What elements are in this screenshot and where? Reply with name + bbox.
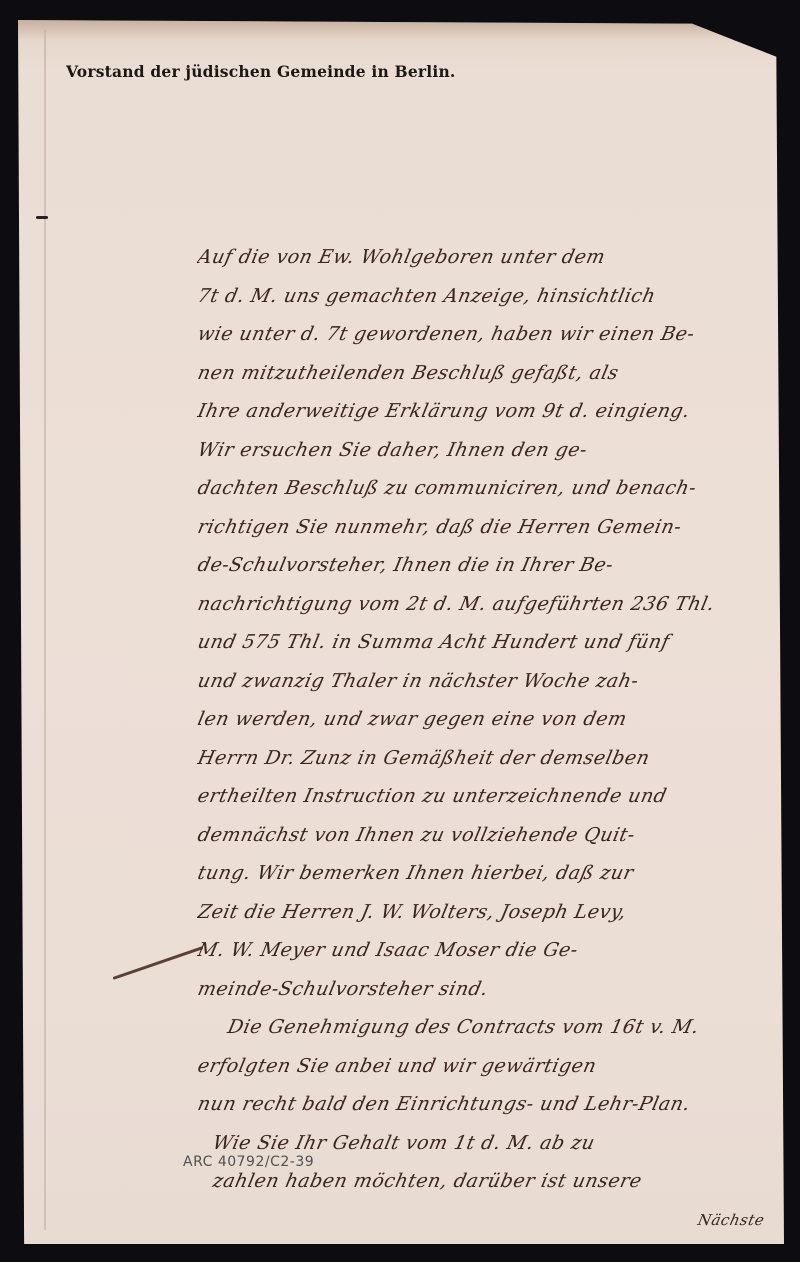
- handwritten-line: Auf die von Ew. Wohlgeboren unter dem: [194, 238, 792, 277]
- pen-stroke-left-margin: [113, 946, 204, 980]
- handwritten-line: ertheilten Instruction zu unterzeichnend…: [194, 777, 792, 816]
- ink-dash-left-margin: [36, 216, 48, 219]
- handwritten-line: und zwanzig Thaler in nächster Woche zah…: [194, 662, 792, 701]
- letterhead: Vorstand der jüdischen Gemeinde in Berli…: [66, 62, 456, 81]
- handwritten-line: Die Genehmigung des Contracts vom 16t v.…: [194, 1008, 792, 1047]
- handwritten-line: Zeit die Herren J. W. Wolters, Joseph Le…: [194, 893, 792, 932]
- handwritten-line: nun recht bald den Einrichtungs- und Leh…: [194, 1085, 792, 1124]
- handwritten-line: demnächst von Ihnen zu vollziehende Quit…: [194, 816, 792, 855]
- handwritten-line: nachrichtigung vom 2t d. M. aufgeführten…: [194, 585, 792, 624]
- handwritten-line: Wir ersuchen Sie daher, Ihnen den ge-: [194, 431, 792, 470]
- handwritten-line: nen mitzutheilenden Beschluß gefaßt, als: [194, 354, 792, 393]
- handwritten-line: 7t d. M. uns gemachten Anzeige, hinsicht…: [194, 277, 792, 316]
- handwritten-line: de-Schulvorsteher, Ihnen die in Ihrer Be…: [194, 546, 792, 585]
- handwritten-line: meinde-Schulvorsteher sind.: [194, 970, 792, 1009]
- handwritten-line: richtigen Sie nunmehr, daß die Herren Ge…: [194, 508, 792, 547]
- folio-number: 1: [733, 30, 741, 45]
- handwritten-line: len werden, und zwar gegen eine von dem: [194, 700, 792, 739]
- handwritten-letter-body: Auf die von Ew. Wohlgeboren unter dem 7t…: [198, 238, 788, 1239]
- handwritten-line: erfolgten Sie anbei und wir gewärtigen: [194, 1047, 792, 1086]
- manuscript-page: 1 Vorstand der jüdischen Gemeinde in Ber…: [18, 20, 784, 1244]
- handwritten-line: M. W. Meyer und Isaac Moser die Ge-: [194, 931, 792, 970]
- handwritten-line: dachten Beschluß zu communiciren, und be…: [194, 469, 792, 508]
- archive-reference: ARC 40792/C2-39: [183, 1154, 314, 1170]
- handwritten-line: tung. Wir bemerken Ihnen hierbei, daß zu…: [194, 854, 792, 893]
- paper-stain: [18, 20, 784, 40]
- handwritten-line: Ihre anderweitige Erklärung vom 9t d. ei…: [194, 392, 792, 431]
- fold-line: [44, 30, 46, 1230]
- handwritten-line: Herrn Dr. Zunz in Gemäßheit der demselbe…: [194, 739, 792, 778]
- handwritten-line: und 575 Thl. in Summa Acht Hundert und f…: [194, 623, 792, 662]
- catchword: Nächste: [194, 1201, 792, 1240]
- handwritten-line: wie unter d. 7t gewordenen, haben wir ei…: [194, 315, 792, 354]
